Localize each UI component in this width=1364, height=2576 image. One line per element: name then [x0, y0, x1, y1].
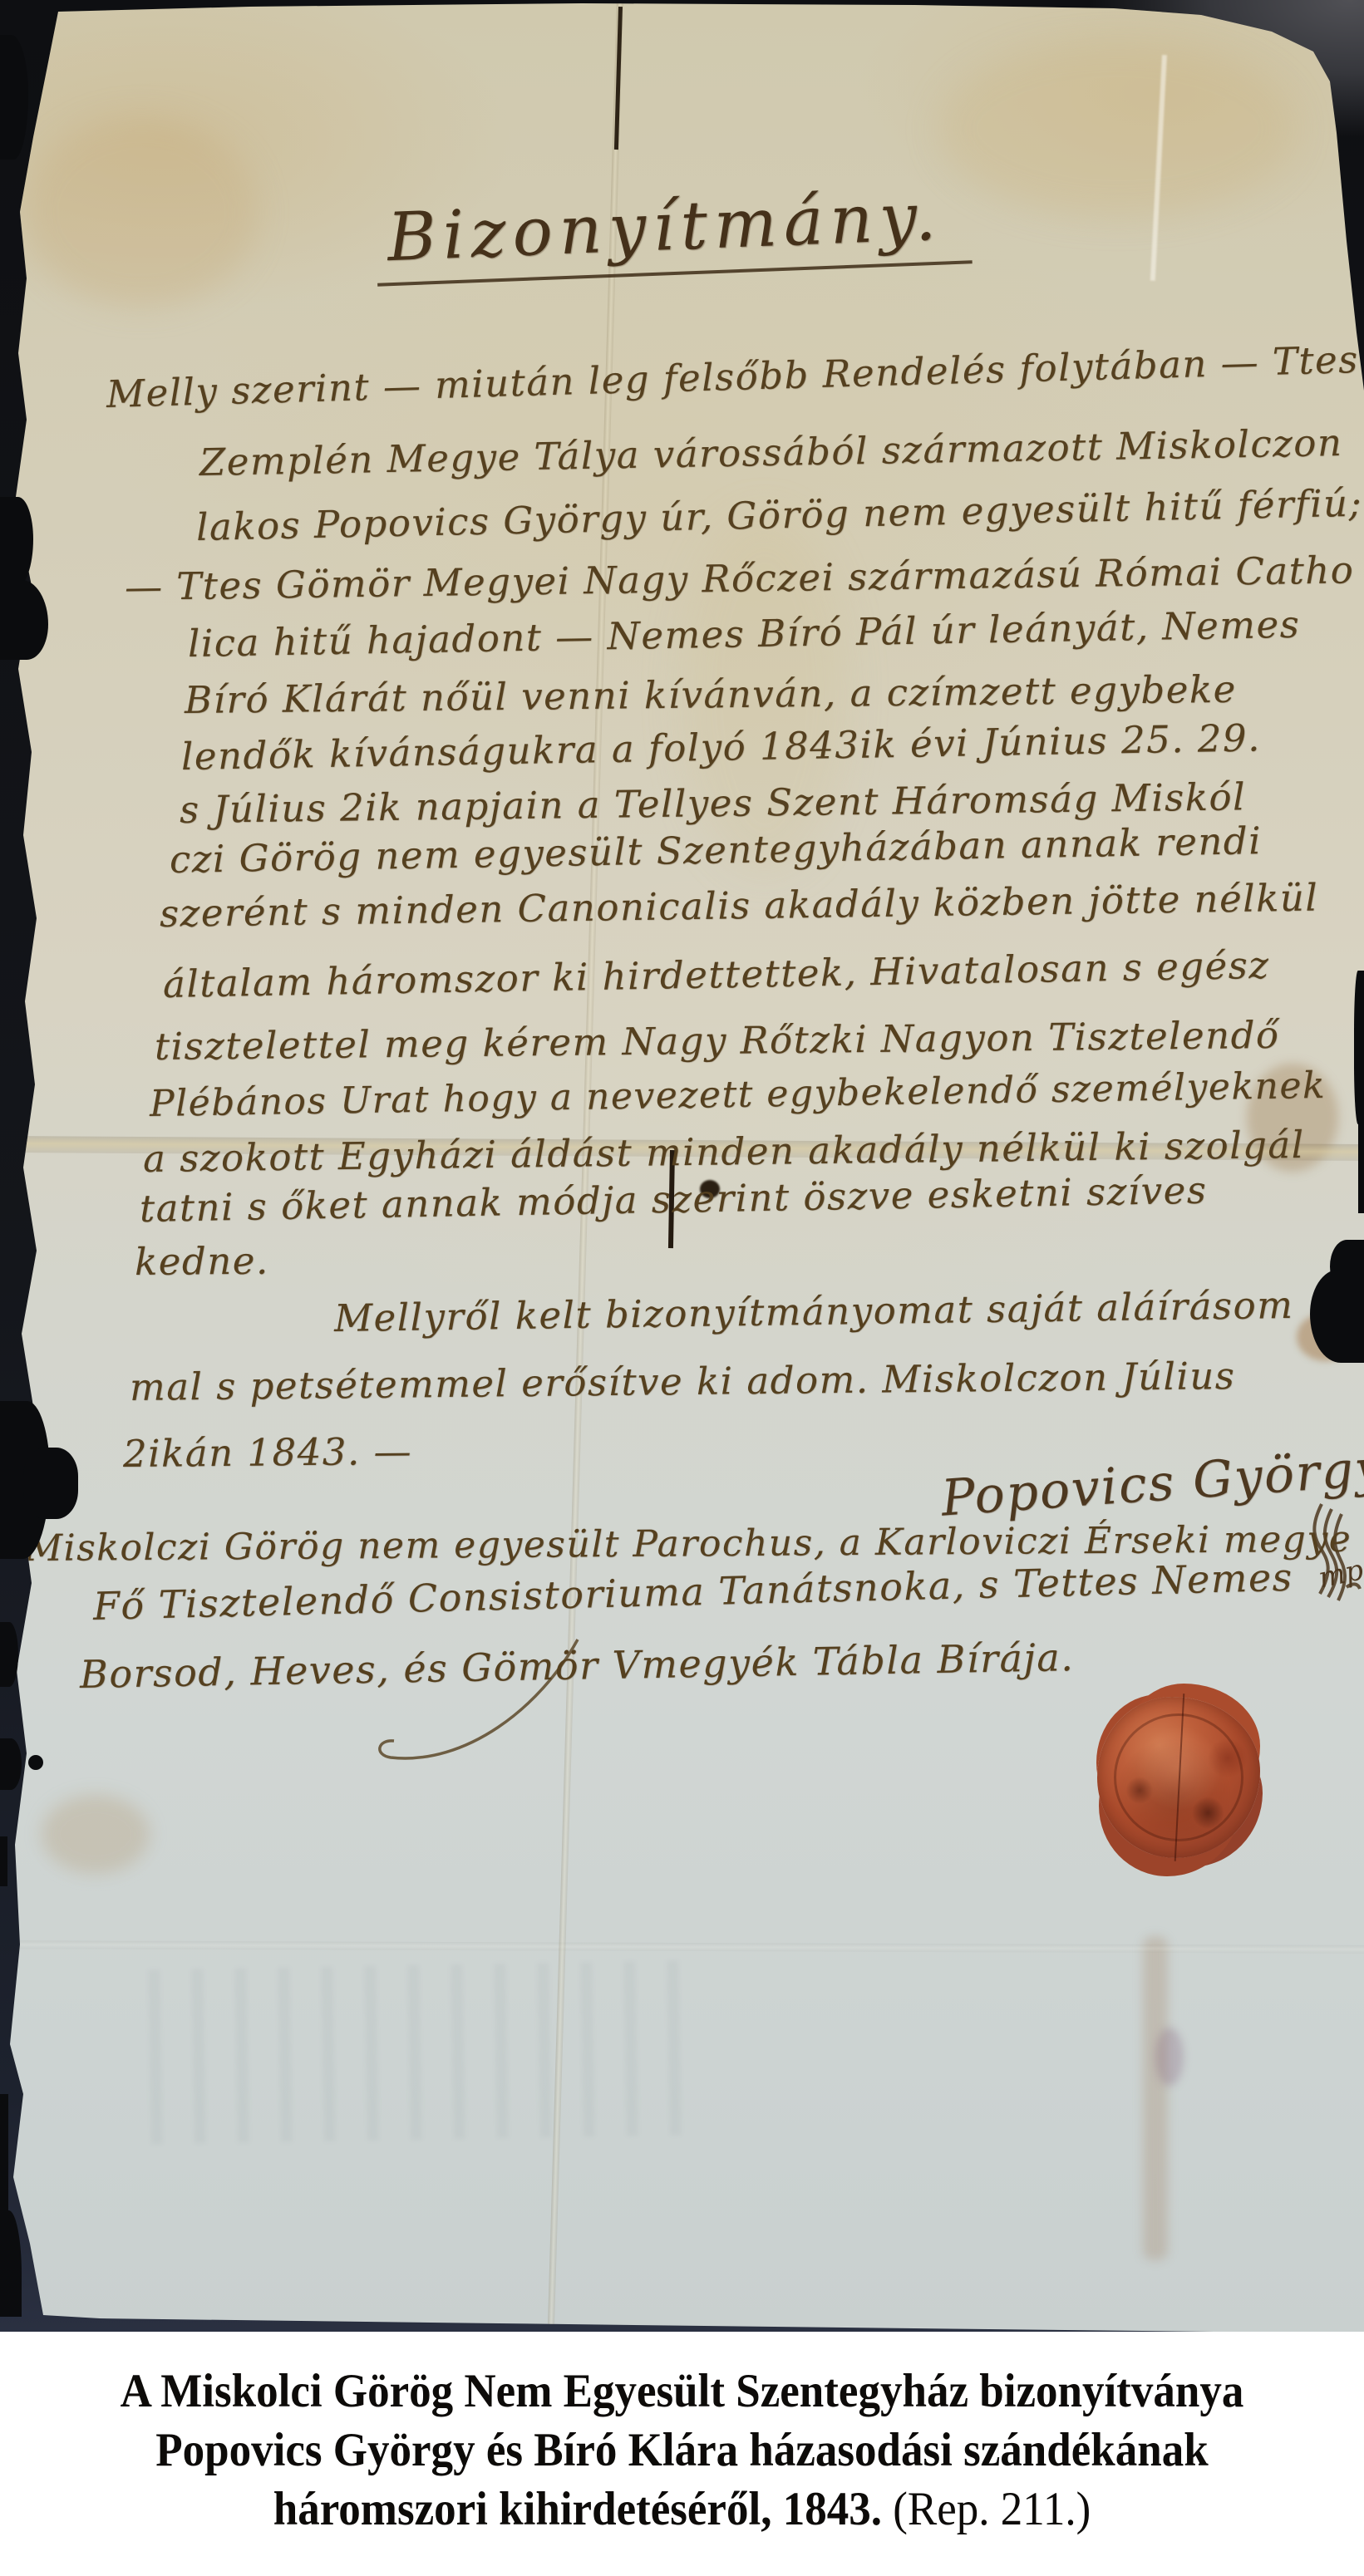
- manuscript-line: Melly szerint — miután leg felsőbb Rende…: [106, 337, 1359, 416]
- torn-edge-hole: [0, 2210, 22, 2317]
- torn-edge-hole: [1354, 971, 1364, 1124]
- paper-stain: [939, 42, 1297, 216]
- page: Bizonyítmány. Melly szerint — miután leg…: [0, 0, 1364, 2576]
- torn-edge-highlight: [1150, 55, 1167, 281]
- torn-edge-hole: [1358, 1122, 1364, 1213]
- manuscript-line: általam háromszor ki hirdettettek, Hivat…: [163, 943, 1270, 1006]
- office-line: Borsod, Heves, és Gömör Vmegyék Tábla Bí…: [80, 1635, 1075, 1697]
- caption-bold-tail: háromszori kihirdetéséről, 1843.: [273, 2483, 882, 2535]
- verso-show-through: [148, 1960, 683, 2144]
- caption-line: háromszori kihirdetéséről, 1843. (Rep. 2…: [47, 2480, 1316, 2539]
- torn-edge-hole: [0, 497, 33, 588]
- document-photo: Bizonyítmány. Melly szerint — miután leg…: [0, 0, 1364, 2332]
- manuscript-line: Mellyről kelt bizonyítmányomat saját alá…: [334, 1283, 1294, 1340]
- manuscript-line: lendők kívánságukra a folyó 1843ik évi J…: [181, 715, 1262, 779]
- ink-fold-line: [614, 7, 623, 150]
- wax-seal: [1097, 1697, 1260, 1858]
- manuscript-line: szerént s minden Canonicalis akadály köz…: [160, 876, 1319, 936]
- manuscript-line: lica hitű hajadont — Nemes Bíró Pál úr l…: [188, 602, 1301, 666]
- manuscript-line: Zemplén Megye Tálya várossából származot…: [199, 420, 1343, 484]
- manuscript-line: — Ttes Gömör Megyei Nagy Rőczei származá…: [125, 548, 1355, 609]
- manuscript-line: 2ikán 1843. —: [123, 1429, 412, 1476]
- caption-rep-number: (Rep. 211.): [882, 2483, 1091, 2535]
- fold-crease-horizontal: [0, 1940, 1364, 1954]
- caption: A Miskolci Görög Nem Egyesült Szentegyhá…: [0, 2332, 1364, 2576]
- torn-edge-hole: [23, 1448, 78, 1519]
- manuscript-line: Bíró Klárát nőül venni kívánván, a czímz…: [185, 667, 1237, 722]
- paper-stain: [1155, 2028, 1184, 2086]
- signature: Popovics György: [939, 1438, 1364, 1527]
- torn-edge-hole: [0, 1738, 22, 1790]
- torn-edge-hole: [0, 1622, 18, 1687]
- torn-edge-hole: [0, 1836, 7, 1886]
- torn-edge-hole: [28, 1755, 43, 1770]
- manuscript-line: mal s petsétemmel erősítve ki adom. Misk…: [130, 1354, 1236, 1409]
- caption-line: Popovics György és Bíró Klára házasodási…: [47, 2421, 1316, 2480]
- manuscript-line: kedne.: [135, 1239, 269, 1284]
- manuscript-line: tisztelettel meg kérem Nagy Rőtzki Nagyo…: [155, 1013, 1280, 1069]
- paper-stain: [42, 1795, 150, 1874]
- manuscript-line: Plébános Urat hogy a nevezett egybekelen…: [150, 1064, 1327, 1125]
- manuscript-paper: Bizonyítmány. Melly szerint — miután leg…: [0, 0, 1364, 2332]
- paper-stain: [1143, 1936, 1168, 2260]
- torn-edge-hole: [0, 35, 28, 160]
- caption-line: A Miskolci Görög Nem Egyesült Szentegyhá…: [47, 2362, 1316, 2421]
- manuscript-title: Bizonyítmány.: [374, 176, 973, 286]
- manuscript-line: lakos Popovics György úr, Görög nem egye…: [195, 481, 1362, 549]
- paper-stain: [25, 116, 258, 307]
